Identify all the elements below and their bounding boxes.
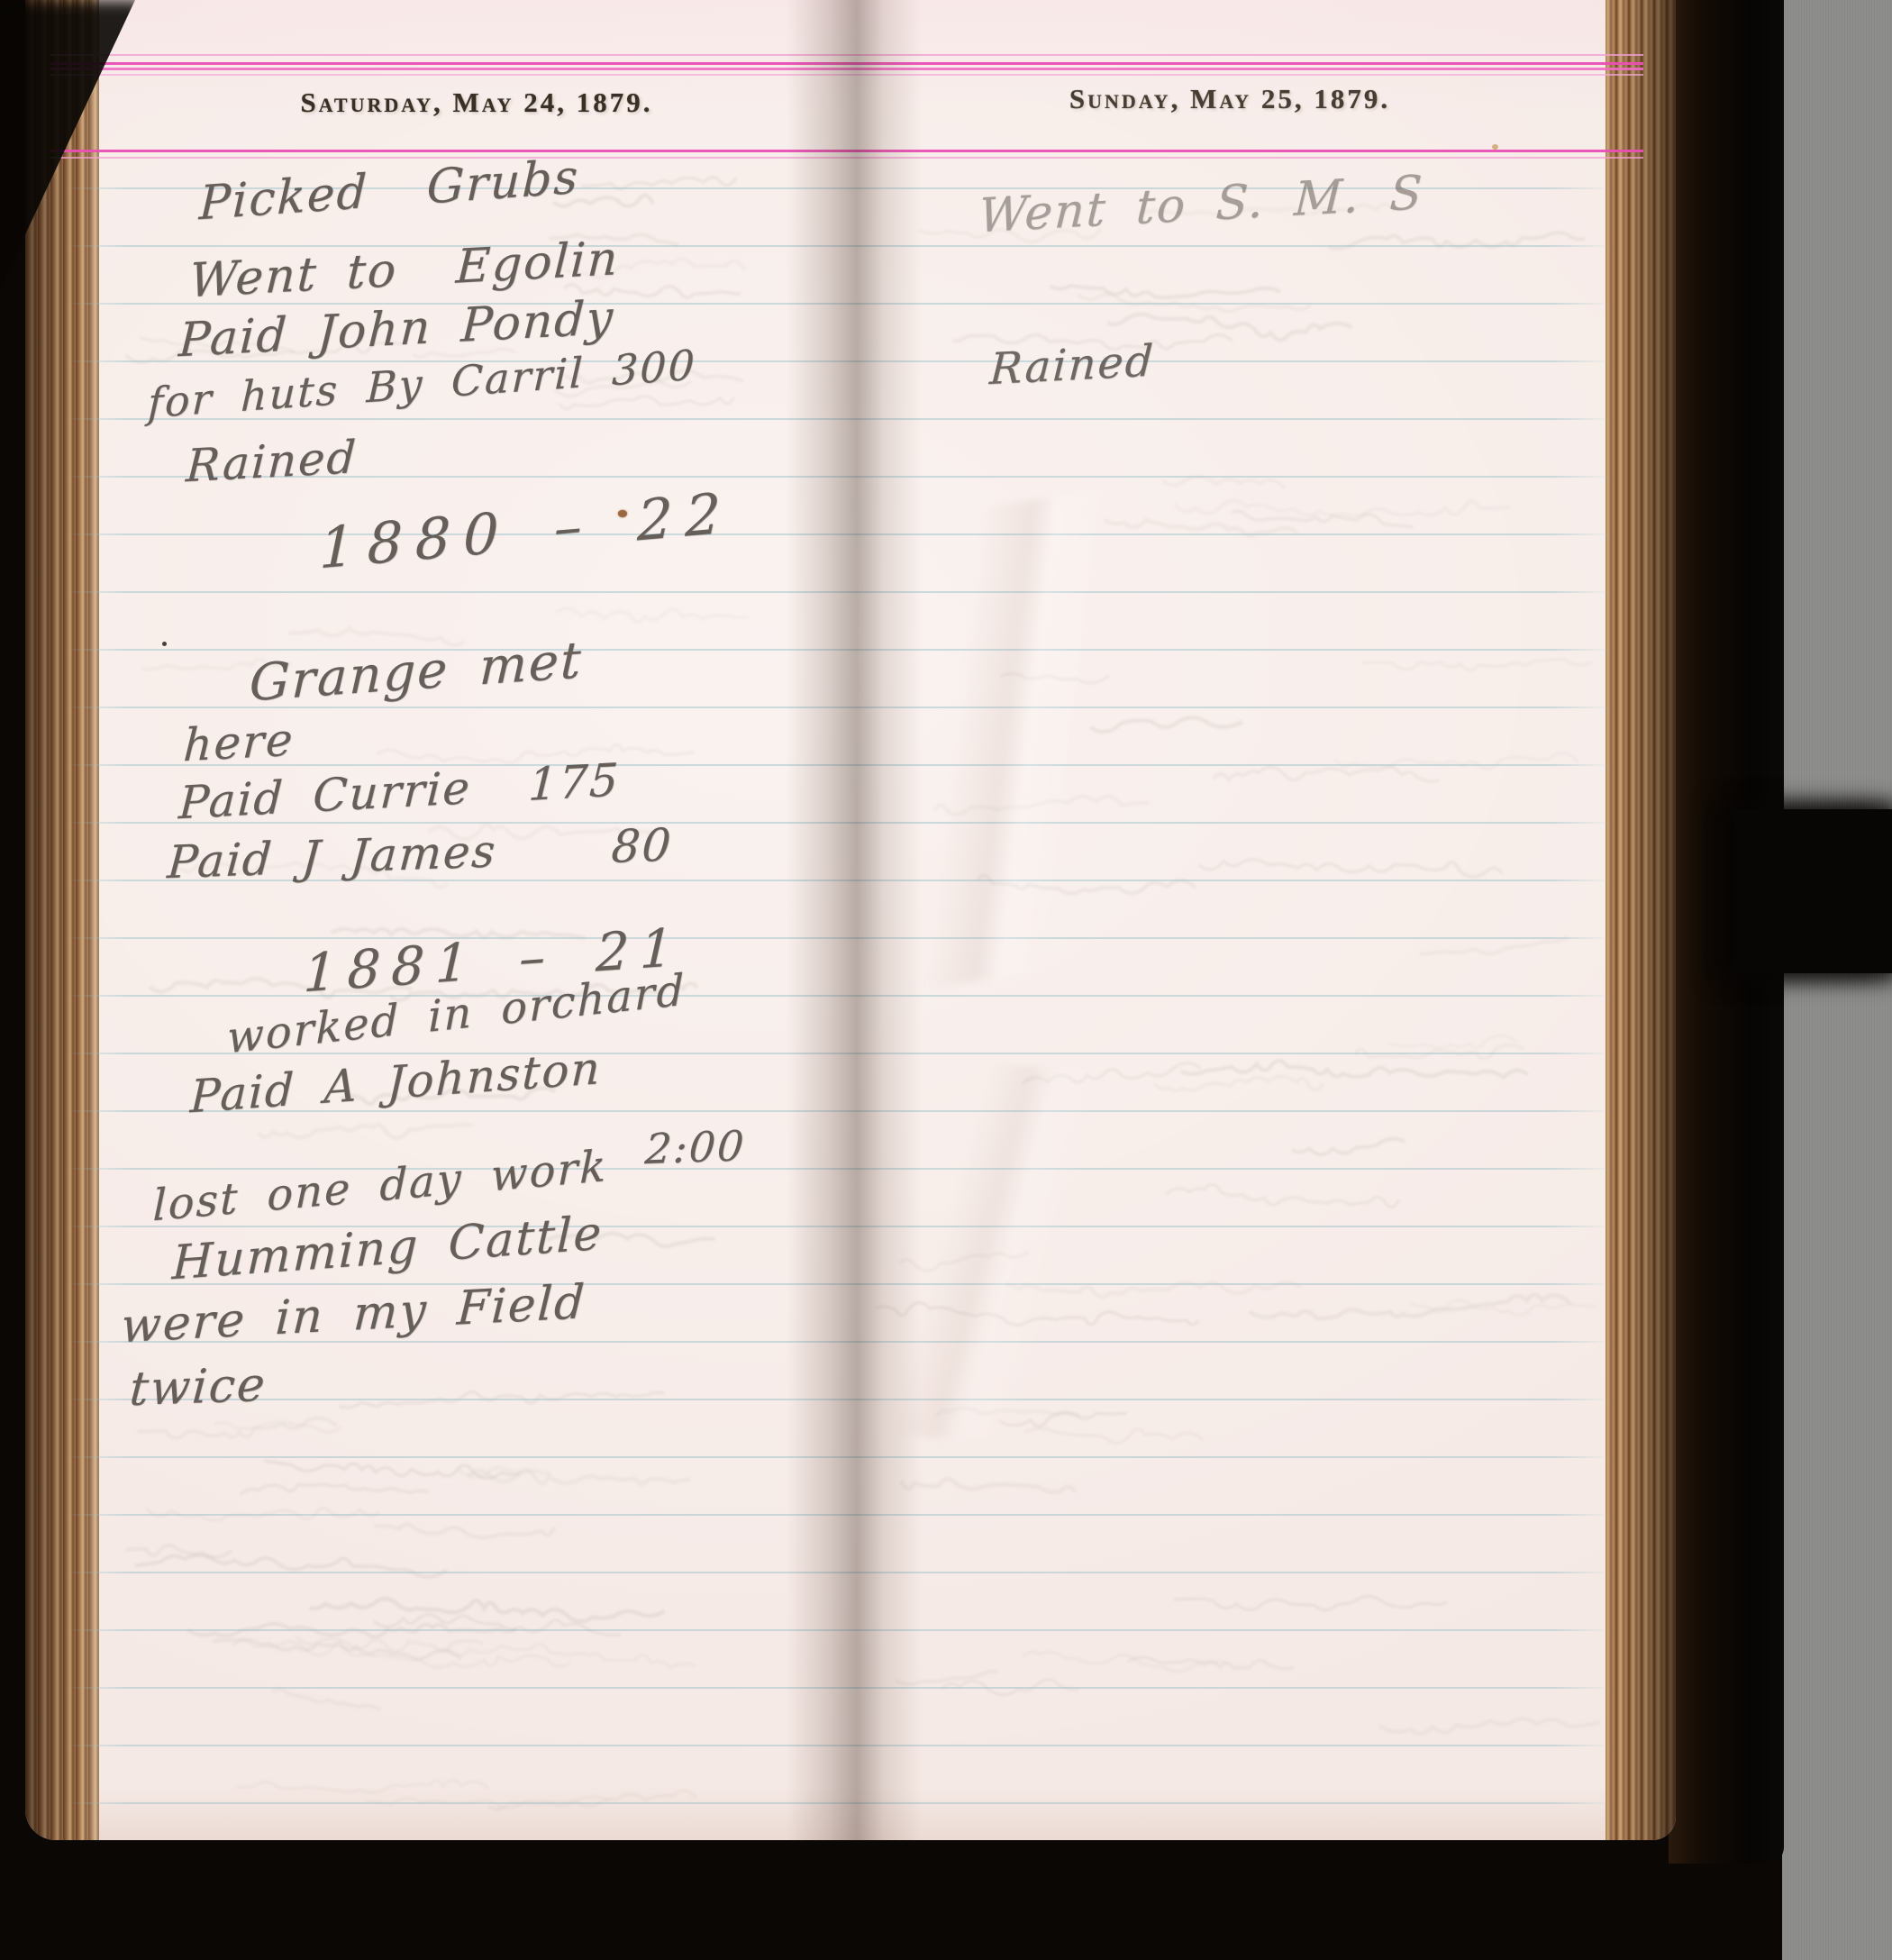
ghost-scribble	[241, 1484, 429, 1495]
blue-ruled-line	[66, 1283, 1613, 1285]
pink-rule-top	[50, 74, 1643, 76]
page-edges-right	[1605, 0, 1676, 1840]
ghost-scribble	[1379, 1718, 1600, 1733]
ghost-scribble	[365, 1797, 609, 1809]
handwriting-line: were in my Field	[120, 1275, 587, 1354]
ghost-scribble	[896, 1672, 997, 1685]
ghost-scribble	[978, 876, 1196, 894]
page-edges-left	[25, 0, 99, 1840]
ghost-scribble	[1175, 500, 1510, 515]
ghost-scribble	[1128, 1657, 1294, 1668]
ghost-scribble	[1181, 1061, 1528, 1078]
blue-ruled-line	[66, 1110, 1613, 1112]
pink-rule-top	[50, 54, 1643, 56]
ghost-scribble	[1105, 520, 1298, 535]
ghost-scribble	[1232, 511, 1413, 527]
ghost-scribble	[232, 1640, 570, 1667]
ghost-scribble	[1166, 1184, 1399, 1207]
ghost-scribble	[375, 1525, 555, 1538]
ghost-scribble	[213, 1640, 461, 1659]
ghost-scribble	[447, 1645, 696, 1668]
ghost-scribble	[141, 659, 292, 669]
ghost-scribble	[374, 1615, 621, 1636]
ghost-scribble	[901, 1479, 1075, 1492]
ghost-scribble	[1139, 205, 1395, 219]
ghost-scribble	[214, 1422, 342, 1432]
blue-ruled-line	[66, 937, 1613, 939]
ghost-scribble	[1355, 1045, 1524, 1059]
diary-book: Saturday, May 24, 1879. Sunday, May 25, …	[25, 0, 1676, 1840]
ghost-scribble	[1108, 315, 1351, 341]
ghost-scribble	[413, 349, 515, 357]
ghost-scribble	[390, 983, 697, 1000]
handwriting-line: worked in orchard	[227, 964, 686, 1063]
ghost-scribble	[259, 1125, 473, 1138]
ghost-scribble	[559, 397, 734, 409]
ghost-scribble	[1420, 937, 1569, 954]
blue-ruled-lines	[25, 0, 1676, 1840]
blue-ruled-line	[66, 764, 1613, 766]
handwriting-line: 1881 – 21	[303, 916, 686, 1004]
handwriting-line: Grange met	[249, 631, 584, 713]
blue-ruled-line	[66, 649, 1613, 651]
ghost-scribble	[900, 1252, 1029, 1271]
ghost-scribble	[555, 608, 749, 622]
blue-ruled-line	[66, 303, 1613, 305]
ghost-scribble	[1025, 1428, 1204, 1443]
handwriting-line: Went to Egolin	[188, 232, 621, 308]
blue-ruled-line	[66, 1514, 1613, 1516]
ghost-scribble	[126, 1545, 232, 1557]
ghost-scribble	[1292, 1139, 1405, 1155]
ghost-scribble	[150, 979, 413, 998]
ghost-scribble	[1387, 1035, 1517, 1048]
blue-ruled-line	[66, 1802, 1613, 1804]
blue-ruled-line	[66, 533, 1613, 535]
handwriting-line: twice	[128, 1358, 268, 1417]
page-header-right: Sunday, May 25, 1879.	[854, 83, 1605, 115]
blue-ruled-line	[66, 1226, 1613, 1227]
ghost-scribble	[942, 1680, 1079, 1695]
blue-ruled-line	[66, 1456, 1613, 1458]
ghost-scribble	[1001, 673, 1110, 683]
ghost-scribble	[919, 229, 1101, 242]
blue-ruled-line	[66, 707, 1613, 708]
bleedthrough-ghost-writing	[25, 0, 1676, 1840]
ghost-scribble	[1329, 232, 1586, 248]
ghost-scribble	[429, 825, 661, 840]
pink-rule-below-header	[50, 157, 1643, 159]
blue-ruled-line	[66, 1629, 1613, 1631]
blue-ruled-line	[66, 1687, 1613, 1689]
ghost-scribble	[377, 744, 695, 762]
blue-ruled-line	[66, 1572, 1613, 1573]
ghost-scribble	[1162, 477, 1285, 488]
ghost-scribble	[553, 195, 653, 205]
ghost-scribble	[135, 1555, 447, 1577]
ghost-scribble	[1005, 1282, 1301, 1297]
ghost-scribble	[1174, 1596, 1447, 1609]
ghost-scribble	[1214, 767, 1440, 781]
ghost-scribble	[565, 370, 743, 383]
handwriting-line: 2:00	[643, 1121, 747, 1173]
ghost-scribble	[236, 1780, 487, 1792]
handwriting-line: Rained	[988, 335, 1156, 395]
ghost-scribble	[564, 285, 741, 298]
blue-ruled-line	[66, 476, 1613, 478]
handwritten-entries-left: Picked GrubsWent to EgolinPaid John Pond…	[25, 0, 1676, 1840]
ghost-scribble	[1199, 860, 1502, 877]
diary-scan: Saturday, May 24, 1879. Sunday, May 25, …	[0, 0, 1892, 1960]
blue-ruled-line	[66, 418, 1613, 420]
ghost-scribble	[187, 1624, 516, 1636]
paper-speck	[618, 510, 627, 517]
handwritten-entries-right: Went to S. M. SRained	[25, 0, 1676, 1840]
ghost-scribble	[488, 1791, 696, 1810]
ghost-scribble	[1050, 286, 1280, 297]
paper-speck	[162, 642, 167, 646]
handwriting-line: Paid J James 80	[166, 818, 674, 889]
handwriting-line: Rained	[185, 431, 359, 492]
ghost-scribble	[1335, 753, 1578, 770]
blue-ruled-line	[66, 822, 1613, 824]
handwriting-line: lost one day work	[152, 1141, 608, 1231]
page-header-left: Saturday, May 24, 1879.	[99, 87, 854, 119]
ghost-scribble	[1361, 659, 1591, 670]
blue-ruled-line	[66, 360, 1613, 362]
ghost-scribble	[934, 797, 1149, 815]
blue-ruled-line	[66, 1168, 1613, 1170]
blue-ruled-line	[66, 1341, 1613, 1343]
ghost-scribble	[1250, 1295, 1571, 1319]
handwriting-line: here	[182, 714, 296, 772]
ghost-scribble	[547, 1234, 715, 1246]
handwriting-line: Paid A Johnston	[189, 1042, 603, 1123]
handwriting-line: 1880 – 22	[319, 479, 734, 582]
paper-wrinkle	[734, 472, 1299, 1007]
ghost-scribble	[310, 1599, 665, 1621]
ghost-scribble	[1078, 294, 1311, 311]
ghost-scribble	[1023, 1652, 1226, 1672]
handwriting-line: Went to S. M. S	[978, 166, 1425, 243]
ghost-scribble	[1023, 1062, 1201, 1083]
ghost-scribble	[581, 178, 736, 189]
ghost-scribble	[264, 1461, 519, 1478]
ghost-scribble	[1090, 717, 1242, 732]
book-gutter-shadow	[787, 0, 922, 1840]
ghost-scribble	[272, 1689, 381, 1709]
ghost-scribble	[137, 1418, 336, 1438]
blue-ruled-line	[66, 880, 1613, 881]
paper-wrinkle	[695, 1040, 1284, 1465]
pink-rule-below-header	[50, 150, 1643, 152]
handwriting-line: for huts By Carril 300	[147, 340, 697, 427]
ghost-scribble	[180, 862, 448, 888]
ghost-scribble	[555, 381, 692, 397]
ghost-scribble	[550, 234, 679, 245]
handwriting-line: Paid Currie 175	[177, 753, 622, 829]
handwriting-line: Picked Grubs	[198, 150, 580, 231]
ghost-scribble	[296, 1636, 483, 1652]
ghost-scribble	[952, 334, 1232, 349]
blue-ruled-line	[66, 1745, 1613, 1746]
ghost-scribble	[146, 1509, 379, 1520]
paper-speck	[1492, 144, 1498, 150]
ghost-scribble	[1410, 1300, 1597, 1315]
ghost-scribble	[566, 259, 746, 277]
ghost-scribble	[332, 929, 586, 938]
ghost-scribble	[341, 1088, 556, 1104]
ghost-scribble	[141, 338, 296, 352]
ghost-scribble	[1154, 1076, 1323, 1090]
pink-rule-top	[50, 62, 1643, 65]
ghost-scribble	[468, 1470, 690, 1484]
blue-ruled-line	[66, 1399, 1613, 1400]
scanner-background	[1782, 0, 1892, 1960]
blue-ruled-line	[66, 1053, 1613, 1054]
ghost-scribble	[339, 1392, 665, 1408]
ghost-scribble	[126, 342, 403, 362]
book-strap	[1734, 809, 1892, 973]
handwriting-line: Humming Cattle	[171, 1207, 604, 1291]
handwriting-line: Paid John Pondy	[177, 291, 616, 369]
blue-ruled-line	[66, 245, 1613, 247]
pink-rule-top	[50, 68, 1643, 70]
ghost-scribble	[288, 628, 464, 645]
ghost-scribble	[999, 1412, 1126, 1427]
blue-ruled-line	[66, 591, 1613, 593]
ghost-scribble	[936, 1408, 1080, 1417]
blue-ruled-line	[66, 187, 1613, 189]
blue-ruled-line	[66, 995, 1613, 997]
ghost-scribble	[459, 1468, 551, 1477]
ghost-scribble	[877, 1302, 1199, 1325]
